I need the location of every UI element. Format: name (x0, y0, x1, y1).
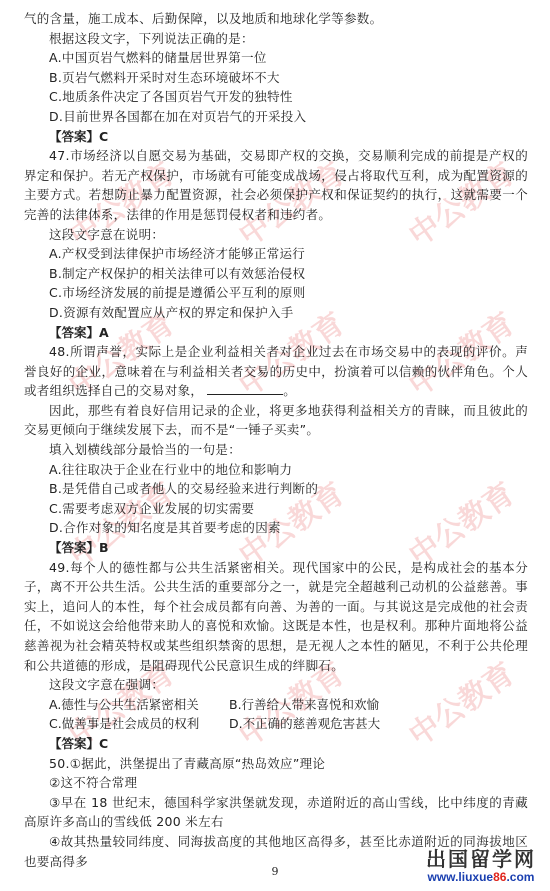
q48-answer: 【答案】B (24, 538, 528, 558)
q46-option-d: D.目前世界各国都在加在对页岩气的开采投入 (24, 107, 528, 127)
fill-in-blank (207, 382, 283, 395)
q49-prompt: 这段文字意在强调： (24, 675, 528, 695)
q49-option-c: C.做善事是社会成员的权利 (49, 714, 229, 734)
q46-option-b: B.页岩气燃料开采时对生态环境破坏不大 (24, 68, 528, 88)
q48-option-d: D.合作对象的知名度是其首要考虑的因素 (24, 518, 528, 538)
q47-option-d: D.资源有效配置应从产权的界定和保护入手 (24, 303, 528, 323)
q49-options-row-1: A.德性与公共生活紧密相关 B.行善给人带来喜悦和欢愉 (24, 695, 528, 715)
q47-passage: 47.市场经济以自愿交易为基础，交易即产权的交换，交易顺利完成的前提是产权的界定… (24, 146, 528, 224)
q48-option-b: B.是凭借自己或者他人的交易经验来进行判断的 (24, 479, 528, 499)
q46-prompt: 根据这段文字，下列说法正确的是： (24, 29, 528, 49)
q50-item-1: 50.①据此，洪堡提出了青藏高原“热岛效应”理论 (24, 754, 528, 774)
logo-title: 出国留学网 (426, 848, 536, 870)
q50-item-2: ②这不符合常理 (24, 773, 528, 793)
q49-passage: 49.每个人的德性都与公共生活紧密相关。现代国家中的公民，是构成社会的基本分子，… (24, 558, 528, 676)
q47-answer: 【答案】A (24, 323, 528, 343)
logo-url-suffix: .com (506, 870, 534, 884)
q47-option-b: B.制定产权保护的相关法律可以有效惩治侵权 (24, 264, 528, 284)
q49-option-b: B.行善给人带来喜悦和欢愉 (229, 695, 409, 715)
logo-url-number: 86 (493, 870, 506, 884)
q46-option-c: C.地质条件决定了各国页岩气开发的独特性 (24, 87, 528, 107)
q50-item-3: ③早在 18 世纪末，德国科学家洪堡就发现，赤道附近的高山雪线，比中纬度的青藏高… (24, 793, 528, 832)
q47-option-c: C.市场经济发展的前提是遵循公平互利的原则 (24, 283, 528, 303)
q49-answer: 【答案】C (24, 734, 528, 754)
q48-option-a: A.往往取决于企业在行业中的地位和影响力 (24, 460, 528, 480)
q47-prompt: 这段文字意在说明： (24, 225, 528, 245)
passage-continuation: 气的含量，施工成本、后勤保障，以及地质和地球化学等参数。 (24, 9, 528, 29)
q48-passage-part2: 因此，那些有着良好信用记录的企业，将更多地获得利益相关方的青睐，而且彼此的交易更… (24, 401, 528, 440)
q46-answer: 【答案】C (24, 127, 528, 147)
q49-options-row-2: C.做善事是社会成员的权利 D.不正确的慈善观危害甚大 (24, 714, 528, 734)
document-page: 气的含量，施工成本、后勤保障，以及地质和地球化学等参数。 根据这段文字，下列说法… (24, 9, 528, 871)
q48-prompt: 填入划横线部分最恰当的一句是： (24, 440, 528, 460)
site-logo: 出国留学网 www.liuxue86.com (426, 848, 536, 884)
q46-option-a: A.中国页岩气燃料的储量居世界第一位 (24, 48, 528, 68)
q48-option-c: C.需要考虑双方企业发展的切实需要 (24, 499, 528, 519)
q47-option-a: A.产权受到法律保护市场经济才能够正常运行 (24, 244, 528, 264)
logo-url: www.liuxue86.com (426, 870, 536, 884)
q48-passage-end: 。 (283, 383, 296, 398)
q48-passage-part1: 48.所谓声誉，实际上是企业利益相关者对企业过去在市场交易中的表现的评价。声誉良… (24, 342, 528, 401)
q49-option-a: A.德性与公共生活紧密相关 (49, 695, 229, 715)
logo-url-prefix: www.liuxue (428, 870, 494, 884)
q49-option-d: D.不正确的慈善观危害甚大 (229, 714, 409, 734)
